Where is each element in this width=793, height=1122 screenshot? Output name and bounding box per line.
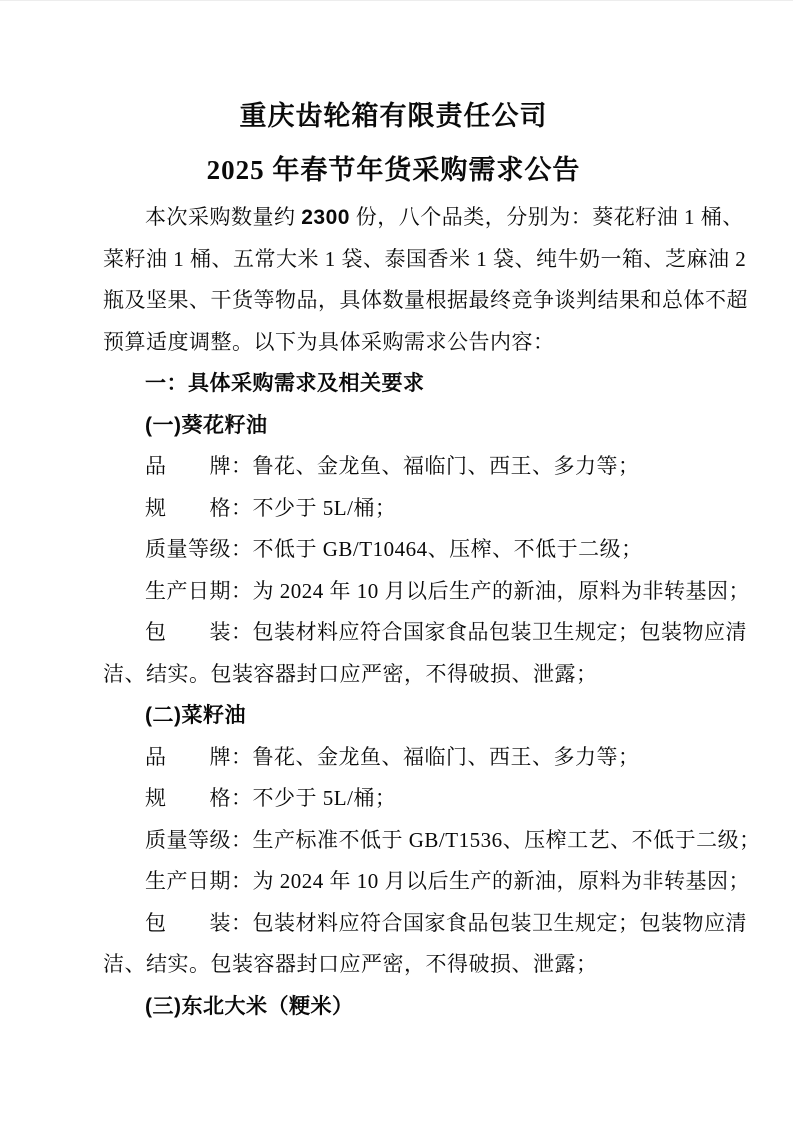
item-heading-northeast-rice: (三)东北大米（粳米）	[103, 986, 684, 1028]
spec-packaging-sunflower: 包 装：包装材料应符合国家食品包装卫生规定；包装物应清	[103, 612, 684, 654]
intro-line-1: 本次采购数量约 2300 份，八个品类，分别为：葵花籽油 1 桶、	[103, 197, 684, 239]
spec-packaging-rapeseed-cont: 洁、结实。包装容器封口应严密，不得破损、泄露；	[103, 944, 684, 986]
text-run: 品 牌：鲁花、金龙鱼、福临门、西王、多力等；	[145, 454, 640, 478]
spec-date-sunflower: 生产日期：为 2024 年 10 月以后生产的新油，原料为非转基因；	[103, 571, 684, 613]
text-run: 预算适度调整。以下为具体采购需求公告内容：	[103, 330, 555, 354]
text-run: 质量等级：生产标准不低于 GB/T1536、压榨工艺、不低于二级；	[145, 828, 761, 852]
text-run: 一：具体采购需求及相关要求	[145, 372, 425, 395]
item-heading-rapeseed-oil: (二)菜籽油	[103, 695, 684, 737]
spec-size-rapeseed: 规 格：不少于 5L/桶；	[103, 778, 684, 820]
text-run: 包 装：包装材料应符合国家食品包装卫生规定；包装物应清	[145, 620, 747, 644]
text-run: 洁、结实。包装容器封口应严密，不得破损、泄露；	[103, 952, 598, 976]
doc-title-company: 重庆齿轮箱有限责任公司	[103, 89, 684, 143]
bold-text-run: 2300	[301, 206, 350, 229]
text-run: 菜籽油 1 桶、五常大米 1 袋、泰国香米 1 袋、纯牛奶一箱、芝麻油 2	[103, 247, 746, 271]
spec-date-rapeseed: 生产日期：为 2024 年 10 月以后生产的新油，原料为非转基因；	[103, 861, 684, 903]
text-run: 本次采购数量约	[145, 205, 301, 229]
text-run: 份，八个品类，分别为：葵花籽油 1 桶、	[350, 205, 744, 229]
text-run: 规 格：不少于 5L/桶；	[145, 786, 396, 810]
spec-size-sunflower: 规 格：不少于 5L/桶；	[103, 488, 684, 530]
spec-brand-sunflower: 品 牌：鲁花、金龙鱼、福临门、西王、多力等；	[103, 446, 684, 488]
item-heading-sunflower-oil: (一)葵花籽油	[103, 405, 684, 447]
spec-packaging-rapeseed: 包 装：包装材料应符合国家食品包装卫生规定；包装物应清	[103, 903, 684, 945]
text-run: (一)葵花籽油	[145, 414, 268, 437]
document-page: 重庆齿轮箱有限责任公司 2025 年春节年货采购需求公告 本次采购数量约 230…	[0, 0, 793, 1122]
text-run: (三)东北大米（粳米）	[145, 995, 354, 1018]
text-run: 包 装：包装材料应符合国家食品包装卫生规定；包装物应清	[145, 911, 747, 935]
doc-title-announcement: 2025 年春节年货采购需求公告	[103, 143, 684, 197]
intro-line-3: 瓶及坚果、干货等物品，具体数量根据最终竞争谈判结果和总体不超	[103, 280, 684, 322]
spec-brand-rapeseed: 品 牌：鲁花、金龙鱼、福临门、西王、多力等；	[103, 737, 684, 779]
intro-line-4: 预算适度调整。以下为具体采购需求公告内容：	[103, 322, 684, 364]
text-run: 质量等级：不低于 GB/T10464、压榨、不低于二级；	[145, 537, 643, 561]
intro-line-2: 菜籽油 1 桶、五常大米 1 袋、泰国香米 1 袋、纯牛奶一箱、芝麻油 2	[103, 239, 684, 281]
text-run: 生产日期：为 2024 年 10 月以后生产的新油，原料为非转基因；	[145, 869, 750, 893]
text-run: 生产日期：为 2024 年 10 月以后生产的新油，原料为非转基因；	[145, 579, 750, 603]
document-content: 重庆齿轮箱有限责任公司 2025 年春节年货采购需求公告 本次采购数量约 230…	[103, 89, 684, 1027]
document-body: 本次采购数量约 2300 份，八个品类，分别为：葵花籽油 1 桶、菜籽油 1 桶…	[103, 197, 684, 1027]
text-run: 瓶及坚果、干货等物品，具体数量根据最终竞争谈判结果和总体不超	[103, 288, 748, 312]
text-run: 洁、结实。包装容器封口应严密，不得破损、泄露；	[103, 662, 598, 686]
spec-grade-sunflower: 质量等级：不低于 GB/T10464、压榨、不低于二级；	[103, 529, 684, 571]
text-run: (二)菜籽油	[145, 704, 246, 727]
spec-grade-rapeseed: 质量等级：生产标准不低于 GB/T1536、压榨工艺、不低于二级；	[103, 820, 684, 862]
spec-packaging-sunflower-cont: 洁、结实。包装容器封口应严密，不得破损、泄露；	[103, 654, 684, 696]
text-run: 品 牌：鲁花、金龙鱼、福临门、西王、多力等；	[145, 745, 640, 769]
section-heading-requirements: 一：具体采购需求及相关要求	[103, 363, 684, 405]
text-run: 规 格：不少于 5L/桶；	[145, 496, 396, 520]
